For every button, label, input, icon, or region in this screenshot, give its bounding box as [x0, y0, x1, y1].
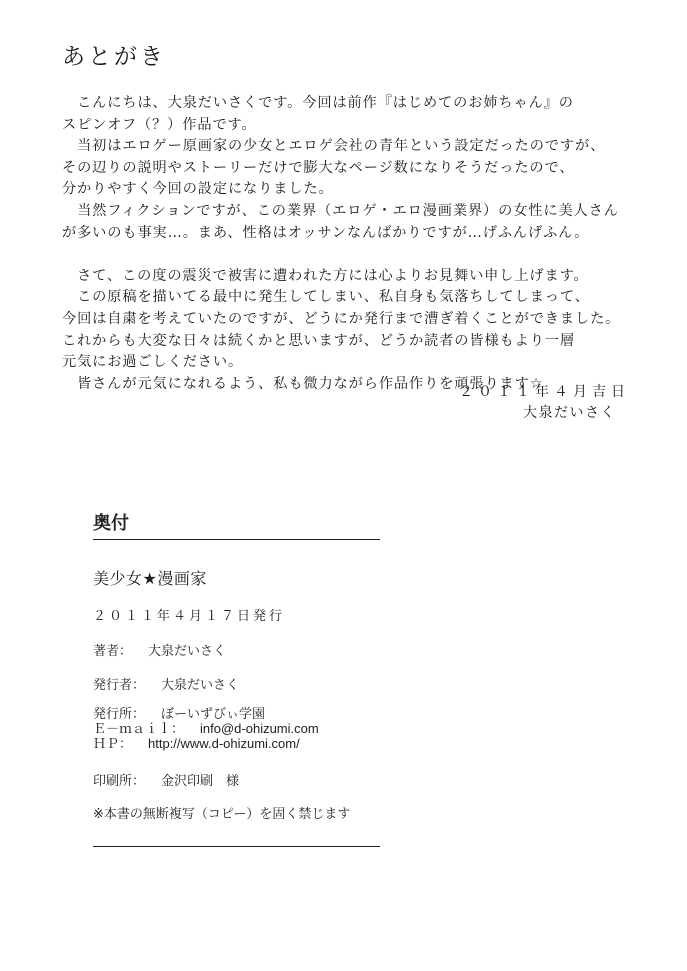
hp-row: ＨＰ：http://www.d-ohizumi.com/ — [93, 736, 319, 751]
afterword-line: が多いのも事実…。まあ、性格はオッサンなんばかりですが…げふんげふん。 — [62, 223, 662, 245]
hp-label: ＨＰ： — [93, 736, 132, 751]
afterword-line: 今回は自粛を考えていたのですが、どうにか発行まで漕ぎ着くことができました。 — [62, 309, 662, 331]
email-value[interactable]: info@d-ohizumi.com — [200, 721, 319, 736]
afterword-line: 分かりやすく今回の設定になりました。 — [62, 179, 662, 201]
office-label: 発行所： — [93, 706, 145, 721]
afterword-line: 当然フィクションですが、この業界（エロゲ・エロ漫画業界）の女性に美人さん — [62, 201, 662, 223]
afterword-line: こんにちは、大泉だいさくです。今回は前作『はじめてのお姉ちゃん』の — [62, 93, 662, 115]
colophon-bottom-rule — [93, 846, 380, 847]
paragraph-gap — [62, 244, 662, 266]
afterword-line: スピンオフ（？）作品です。 — [62, 115, 662, 137]
printer-value: 金沢印刷 様 — [161, 770, 239, 789]
author-label: 著者： — [93, 640, 132, 659]
publish-date: ２０１１年４月１７日発行 — [93, 605, 285, 624]
afterword-line: 当初はエロゲー原画家の少女とエロゲ会社の青年という設定だったのですが、 — [62, 136, 662, 158]
author-row: 著者：大泉だいさく — [93, 640, 226, 659]
afterword-body: こんにちは、大泉だいさくです。今回は前作『はじめてのお姉ちゃん』の スピンオフ（… — [62, 93, 662, 395]
publisher-label: 発行者： — [93, 674, 145, 693]
publisher-row: 発行者：大泉だいさく — [93, 674, 239, 693]
afterword-author: 大泉だいさく — [523, 402, 616, 422]
author-value: 大泉だいさく — [148, 640, 226, 659]
colophon-heading: 奥付 — [93, 509, 129, 535]
afterword-title: あとがき — [62, 38, 166, 71]
contact-block: 発行所：ぼーいずびぃ学園 Ｅ－ｍａｉｌ：info@d-ohizumi.com Ｈ… — [93, 706, 319, 751]
afterword-date: ２０１１年４月吉日 — [459, 381, 630, 401]
printer-label: 印刷所： — [93, 770, 145, 789]
office-value: ぼーいずびぃ学園 — [161, 706, 265, 721]
printer-row: 印刷所：金沢印刷 様 — [93, 770, 239, 789]
email-row: Ｅ－ｍａｉｌ：info@d-ohizumi.com — [93, 721, 319, 736]
afterword-line: 元気にお過ごしください。 — [62, 352, 662, 374]
hp-value[interactable]: http://www.d-ohizumi.com/ — [148, 736, 300, 751]
publisher-value: 大泉だいさく — [161, 674, 239, 693]
copyright-notice: ※本書の無断複写（コピー）を固く禁じます — [93, 803, 350, 822]
afterword-line: この原稿を描いてる最中に発生してしまい、私自身も気落ちしてしまって、 — [62, 287, 662, 309]
afterword-line: これからも大変な日々は続くかと思いますが、どうか読者の皆様もより一層 — [62, 331, 662, 353]
book-title: 美少女★漫画家 — [93, 566, 207, 589]
colophon-top-rule — [93, 539, 380, 540]
email-label: Ｅ－ｍａｉｌ： — [93, 721, 184, 736]
afterword-line: さて、この度の震災で被害に遭われた方には心よりお見舞い申し上げます。 — [62, 266, 662, 288]
afterword-line: その辺りの説明やストーリーだけで膨大なページ数になりそうだったので、 — [62, 158, 662, 180]
office-row: 発行所：ぼーいずびぃ学園 — [93, 706, 319, 721]
